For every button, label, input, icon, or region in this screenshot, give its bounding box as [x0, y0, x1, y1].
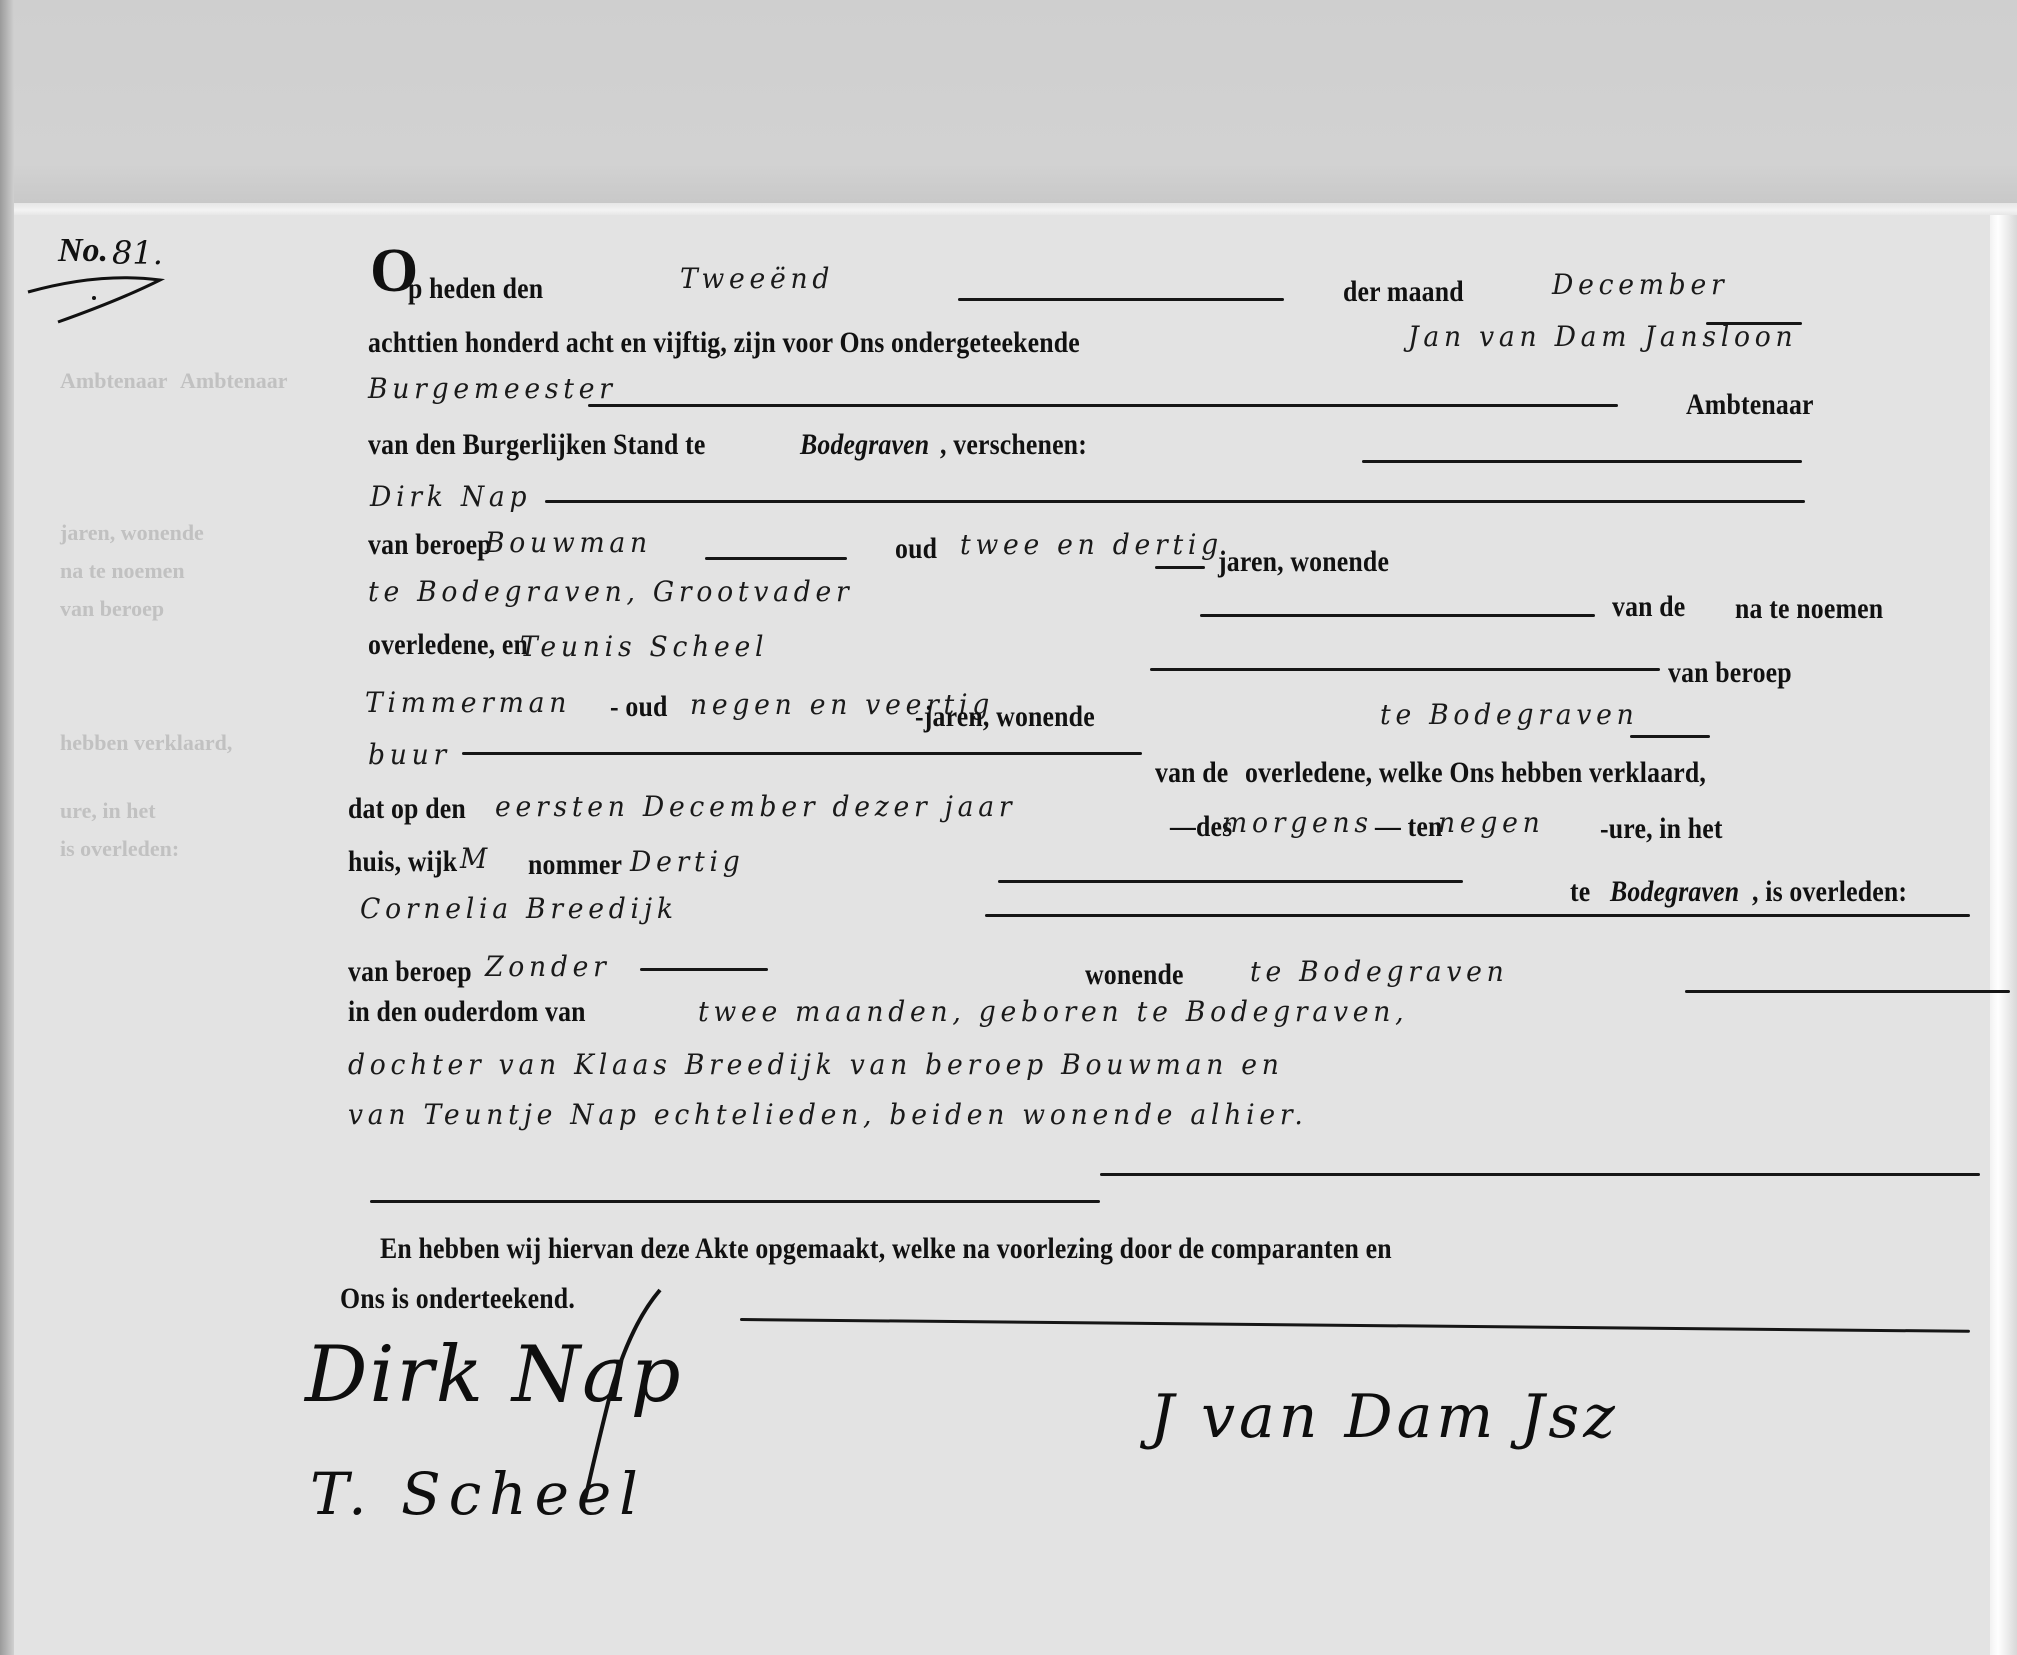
signature-official: J van Dam Jsz	[1150, 1382, 1619, 1452]
printed-text: dat op den	[348, 792, 466, 826]
handwritten-official-name: Jan van Dam Jansloon	[1408, 320, 1797, 353]
printed-text: -ure, in het	[1600, 812, 1723, 846]
printed-text: wonende	[1085, 958, 1184, 992]
printed-place: Bodegraven	[800, 428, 929, 462]
closing-text: Ons is onderteekend.	[340, 1282, 575, 1316]
printed-text: nommer	[528, 848, 622, 882]
handwritten-occupation-2: Timmerman	[365, 686, 571, 719]
fill-line	[462, 752, 1142, 755]
page-right-edge	[1990, 215, 2017, 1655]
printed-text: na te noemen	[1735, 592, 1883, 626]
fill-line	[1685, 990, 2010, 993]
handwritten-parents-2: van Teuntje Nap echtelieden, beiden wone…	[348, 1098, 1308, 1131]
binding-shadow	[0, 0, 14, 1655]
ghost-text: jaren, wonende	[60, 520, 204, 546]
printed-text: achttien honderd acht en vijftig, zijn v…	[368, 326, 1080, 360]
handwritten-declarant-2: Teunis Scheel	[520, 630, 768, 663]
fill-line	[1100, 1173, 1980, 1176]
fill-line	[998, 880, 1463, 883]
ghost-text: hebben verklaard,	[60, 730, 232, 756]
printed-text: Ambtenaar	[1686, 388, 1814, 422]
fill-line	[640, 968, 768, 971]
fill-line	[588, 404, 1618, 407]
handwritten-ward: M	[460, 842, 492, 875]
printed-text: jaren, wonende	[1218, 545, 1389, 579]
fill-line	[1362, 460, 1802, 463]
handwritten-month: December	[1552, 268, 1728, 301]
printed-text: oud	[895, 532, 937, 566]
signature-stroke-icon	[580, 1285, 670, 1505]
handwritten-occupation: Bouwman	[485, 526, 652, 559]
printed-text: van den Burgerlijken Stand te	[368, 428, 706, 462]
scanner-top-strip	[0, 0, 2017, 205]
printed-text: van beroep	[368, 528, 492, 562]
fill-line	[1630, 735, 1710, 738]
printed-text: , verschenen:	[940, 428, 1087, 462]
handwritten-day: Tweeënd	[680, 262, 834, 295]
handwritten-time-of-day: morgens	[1222, 806, 1373, 839]
handwritten-age: twee en dertig	[960, 528, 1223, 561]
handwritten-parents-1: dochter van Klaas Breedijk van beroep Bo…	[348, 1048, 1284, 1081]
fill-line	[705, 557, 847, 560]
printed-text: — ten	[1375, 810, 1443, 844]
ghost-text: is overleden:	[60, 836, 179, 862]
printed-text: te	[1570, 875, 1590, 909]
printed-text: - oud	[610, 690, 667, 724]
ghost-text: ure, in het	[60, 798, 156, 824]
handwritten-residence-3: te Bodegraven	[1250, 955, 1508, 988]
handwritten-declarant-1: Dirk Nap	[370, 480, 531, 513]
ghost-text: Ambtenaar	[60, 368, 168, 394]
handwritten-occupation-3: Zonder	[485, 950, 611, 983]
flourish-icon	[20, 270, 180, 330]
printed-text: -jaren, wonende	[915, 700, 1095, 734]
fill-line	[370, 1200, 1100, 1203]
printed-text: huis, wijk	[348, 845, 457, 879]
printed-text: van beroep	[348, 955, 472, 989]
fill-line	[1200, 614, 1595, 617]
ghost-text: van beroep	[60, 596, 164, 622]
printed-text: overledene, welke Ons hebben verklaard,	[1245, 756, 1706, 790]
printed-text: , is overleden:	[1752, 875, 1907, 909]
printed-text: van de	[1612, 590, 1685, 624]
handwritten-house-number: Dertig	[630, 845, 745, 878]
handwritten-deceased-name: Cornelia Breedijk	[360, 892, 678, 925]
printed-place: Bodegraven	[1610, 875, 1739, 909]
fill-line	[1155, 566, 1205, 569]
printed-text: van de	[1155, 756, 1228, 790]
handwritten-relation-2: buur	[368, 738, 451, 771]
handwritten-age-birth: twee maanden, geboren te Bodegraven,	[698, 995, 1408, 1028]
handwritten-hour: negen	[1438, 806, 1545, 839]
ghost-text: na te noemen	[60, 558, 185, 584]
handwritten-residence-2: te Bodegraven	[1380, 698, 1638, 731]
fill-line	[1150, 668, 1660, 671]
fill-line	[958, 298, 1284, 301]
printed-text: p heden den	[408, 272, 543, 306]
handwritten-title: Burgemeester	[368, 372, 617, 405]
handwritten-death-date: eersten December dezer jaar	[495, 790, 1016, 823]
fill-line	[985, 914, 1970, 917]
printed-text: in den ouderdom van	[348, 995, 586, 1029]
record-number-label: No.	[58, 232, 108, 270]
fill-line	[545, 500, 1805, 503]
printed-text: van beroep	[1668, 656, 1792, 690]
ghost-text: Ambtenaar	[180, 368, 288, 394]
printed-text: overledene, en	[368, 628, 528, 662]
printed-text: der maand	[1343, 275, 1464, 309]
closing-text: En hebben wij hiervan deze Akte opgemaak…	[380, 1232, 1392, 1266]
handwritten-residence-relation: te Bodegraven, Grootvader	[368, 575, 853, 608]
record-number-value: 81.	[112, 234, 163, 272]
